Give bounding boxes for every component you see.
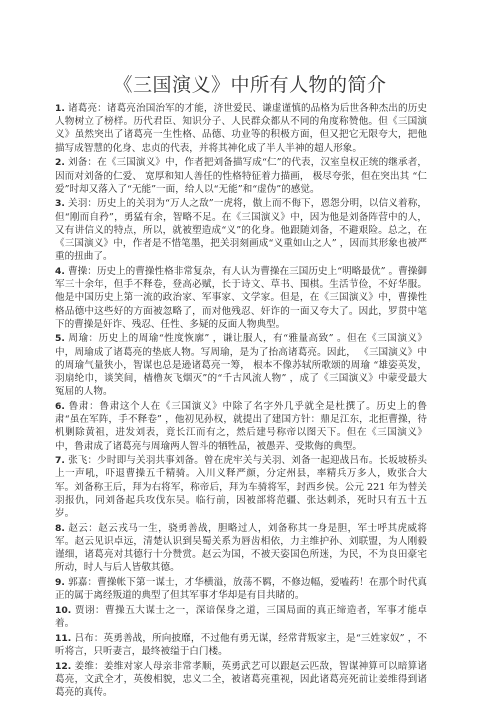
entry-text: 郭嘉：曹操帐下第一谋士，才华横溢，放荡不羁，不修边幅，爱嗑药！在那个时代真正的属… <box>55 577 427 601</box>
entry-zhuge-liang: 1. 诸葛亮：诸葛亮治国治军的才能，济世爱民、谦虚谨慎的品格为后世各种杰出的历史… <box>55 102 427 155</box>
entry-number: 12. <box>55 661 71 672</box>
entry-number: 1. <box>55 103 65 114</box>
entry-text: 诸葛亮：诸葛亮治国治军的才能，济世爱民、谦虚谨慎的品格为后世各种杰出的历史人物树… <box>55 103 427 154</box>
entry-text: 姜维：姜维对家人母亲非常孝顺，英勇武艺可以跟赵云匹敌，智谋神算可以暗算诸葛亮，文… <box>55 661 427 698</box>
entry-number: 5. <box>55 333 65 344</box>
entry-number: 3. <box>55 198 65 209</box>
entry-lu-bu: 11. 吕布：英勇善战，所向披靡，不过他有勇无谋，经常背叛家主，是“三姓家奴” … <box>55 632 427 658</box>
document-body: 1. 诸葛亮：诸葛亮治国治军的才能，济世爱民、谦虚谨慎的品格为后世各种杰出的历史… <box>55 102 427 701</box>
entry-liu-bei: 2. 刘备：在《三国演义》中，作者把刘备描写成“仁”的代表，汉室皇权正统的继承者… <box>55 156 427 196</box>
entry-number: 4. <box>55 266 65 277</box>
entry-text: 鲁肃：鲁肃这个人在《三国演义》中除了名字外几乎就全是杜撰了。历史上的鲁肃“虽在军… <box>55 401 427 452</box>
entry-text: 赵云：赵云戎马一生，骁勇善战，胆略过人，刘备称其一身是胆，军士呼其虎威将军。赵云… <box>55 523 427 574</box>
entry-number: 8. <box>55 523 65 534</box>
entry-jiang-wei: 12. 姜维：姜维对家人母亲非常孝顺，英勇武艺可以跟赵云匹敌，智谋神算可以暗算诸… <box>55 660 427 700</box>
entry-number: 9. <box>55 577 65 588</box>
entry-zhang-fei: 7. 张飞：少时即与关羽共事刘备。曾在虎牢关与关羽、刘备一起迎战吕布。长坂坡桥头… <box>55 454 427 520</box>
entry-text: 贾诩：曹操五大谋士之一，深谙保身之道，三国局面的真正缔造者，军事才能卓着。 <box>55 605 427 629</box>
entry-text: 刘备：在《三国演义》中，作者把刘备描写成“仁”的代表，汉室皇权正统的继承者，因而… <box>55 157 427 194</box>
entry-text: 关羽：历史上的关羽为“万人之敌”一虎将，傲上而不侮下，恩怨分明，以信义着称，但“… <box>55 198 427 262</box>
entry-text: 周瑜：历史上的周瑜“性度恢廓” ，谦让服人，有“雅量高致” 。但在《三国演义》中… <box>55 333 427 397</box>
entry-number: 2. <box>55 157 65 168</box>
entry-text: 吕布：英勇善战，所向披靡，不过他有勇无谋，经常背叛家主，是“三姓家奴” ，不听将… <box>55 633 427 657</box>
entry-zhao-yun: 8. 赵云：赵云戎马一生，骁勇善战，胆略过人，刘备称其一身是胆，军士呼其虎威将军… <box>55 522 427 575</box>
entry-jia-xu: 10. 贾诩：曹操五大谋士之一，深谙保身之道，三国局面的真正缔造者，军事才能卓着… <box>55 604 427 630</box>
entry-number: 11. <box>55 633 71 644</box>
entry-number: 10. <box>55 605 71 616</box>
entry-cao-cao: 4. 曹操：历史上的曹操性格非常复杂，有人认为曹操在三国历史上“明略最优” 。曹… <box>55 265 427 331</box>
entry-zhou-yu: 5. 周瑜：历史上的周瑜“性度恢廓” ，谦让服人，有“雅量高致” 。但在《三国演… <box>55 332 427 398</box>
entry-guo-jia: 9. 郭嘉：曹操帐下第一谋士，才华横溢，放荡不羁，不修边幅，爱嗑药！在那个时代真… <box>55 576 427 602</box>
entry-number: 7. <box>55 455 65 466</box>
document-page: 《三国演义》中所有人物的简介 1. 诸葛亮：诸葛亮治国治军的才能，济世爱民、谦虚… <box>0 0 500 708</box>
entry-guan-yu: 3. 关羽：历史上的关羽为“万人之敌”一虎将，傲上而不侮下，恩怨分明，以信义着称… <box>55 197 427 263</box>
entry-lu-su: 6. 鲁肃：鲁肃这个人在《三国演义》中除了名字外几乎就全是杜撰了。历史上的鲁肃“… <box>55 400 427 453</box>
entry-number: 6. <box>55 401 65 412</box>
entry-text: 曹操：历史上的曹操性格非常复杂，有人认为曹操在三国历史上“明略最优” 。曹操御军… <box>55 266 427 330</box>
document-title: 《三国演义》中所有人物的简介 <box>0 70 500 97</box>
entry-text: 张飞：少时即与关羽共事刘备。曾在虎牢关与关羽、刘备一起迎战吕布。长坂坡桥头上一声… <box>55 455 427 519</box>
